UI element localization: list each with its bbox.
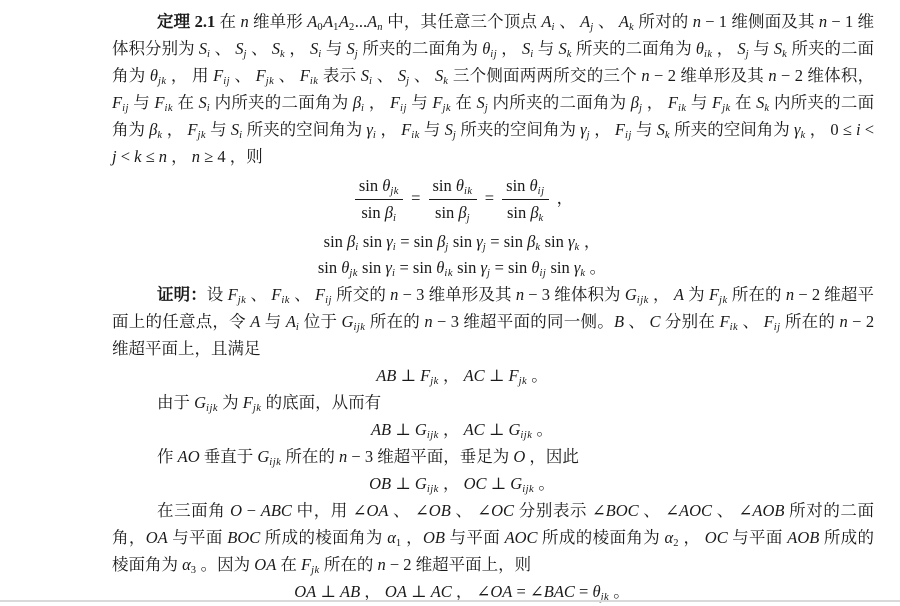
paragraph-trihedral: 在三面角 O − ABC 中，用 ∠OA 、 ∠OB 、 ∠OC 分别表示 ∠B… <box>112 497 874 578</box>
proof-paragraph: 证明：设 Fjk 、 Fik 、 Fij 所交的 n − 3 维单形及其 n −… <box>112 281 874 362</box>
equation-ab-ac-perp-fjk: AB ⊥ Fjk ， AC ⊥ Fjk 。 <box>112 363 874 388</box>
equation-beta-gamma: sin βi sin γi = sin βj sin γj = sin βk s… <box>112 229 874 254</box>
paragraph-gijk-base: 由于 Gijk 为 Fjk 的底面，从而有 <box>112 389 874 416</box>
equation-ob-oc-perp-gijk: OB ⊥ Gijk ， OC ⊥ Gijk 。 <box>112 471 874 496</box>
equation-ab-ac-perp-gijk: AB ⊥ Gijk ， AC ⊥ Gijk 。 <box>112 417 874 442</box>
bottom-divider <box>0 600 900 602</box>
document-page: 定理 2.1 在 n 维单形 A0A1A2...An 中，其任意三个顶点 Ai … <box>0 0 900 606</box>
equation-sine-ratio: sin θjksin βi = sin θiksin βj = sin θijs… <box>112 175 874 224</box>
equation-theta-gamma: sin θjk sin γi = sin θik sin γj = sin θi… <box>112 255 874 280</box>
paragraph-ao-perp: 作 AO 垂直于 Gijk 所在的 n − 3 维超平面，垂足为 O ，因此 <box>112 443 874 470</box>
theorem-paragraph: 定理 2.1 在 n 维单形 A0A1A2...An 中，其任意三个顶点 Ai … <box>112 8 874 170</box>
text-column: 定理 2.1 在 n 维单形 A0A1A2...An 中，其任意三个顶点 Ai … <box>112 8 874 605</box>
